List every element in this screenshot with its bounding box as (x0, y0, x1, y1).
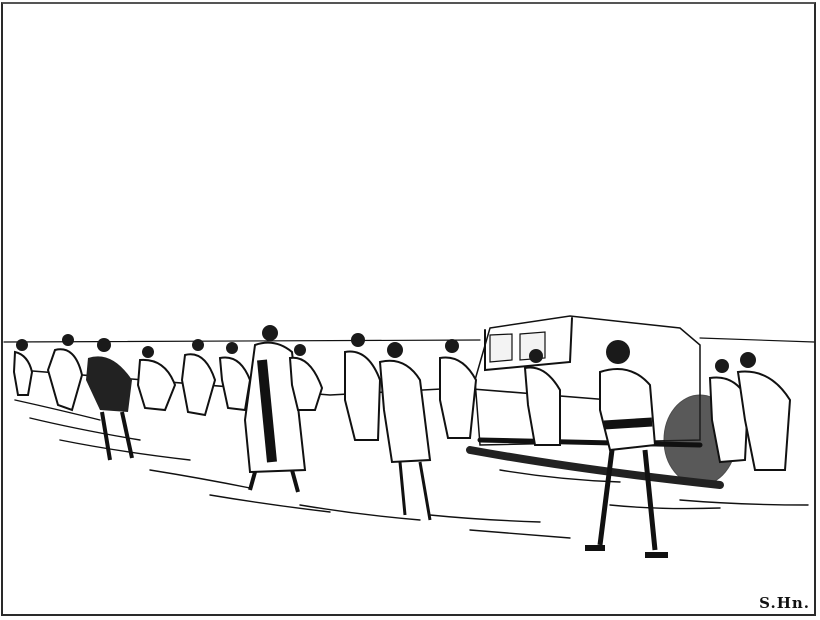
man-hauling (14, 339, 32, 395)
man-hauling (290, 344, 322, 410)
artist-signature: S.Hn. (759, 594, 810, 612)
robed-walker (380, 342, 430, 520)
man-hauling (182, 339, 215, 415)
illustration-scene (0, 0, 820, 620)
man-hauling (48, 334, 82, 410)
man-hauling (86, 338, 132, 460)
man-hauling (138, 346, 175, 410)
robed-onlooker (345, 333, 380, 440)
man-hauling (220, 342, 250, 410)
man-pushing-car (440, 339, 476, 438)
